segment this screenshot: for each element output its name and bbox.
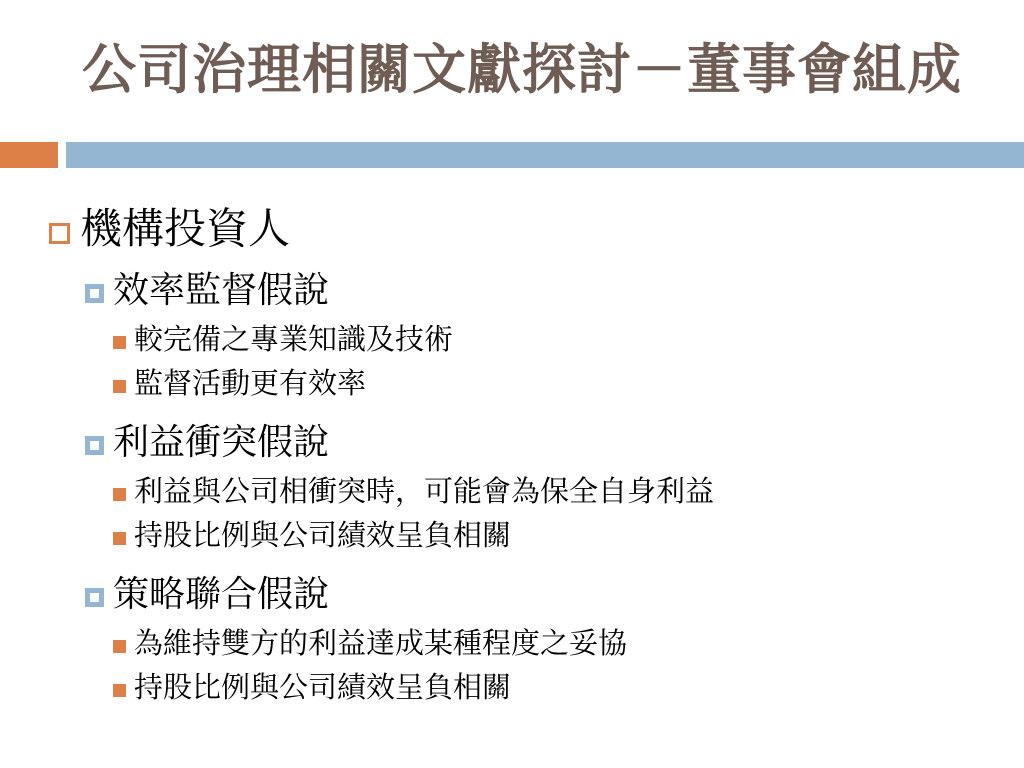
bullet-item-level2: 策略聯合假說 <box>85 571 1010 617</box>
hollow-orange-square-bullet-icon <box>49 223 70 244</box>
bullet-item-text: 策略聯合假說 <box>113 571 329 617</box>
bullet-item-text: 持股比例與公司績效呈負相關 <box>134 517 511 555</box>
bullet-item-level1: 機構投資人 <box>49 203 1010 255</box>
bullet-item-text: 持股比例與公司績效呈負相關 <box>134 669 511 707</box>
orange-square-bullet-icon <box>113 640 126 653</box>
bullet-item-text: 為維持雙方的利益達成某種程度之妥協 <box>134 625 627 663</box>
orange-square-bullet-icon <box>113 380 126 393</box>
bullet-item-text: 利益衝突假說 <box>113 419 329 465</box>
bullet-item-level2: 效率監督假說 <box>85 267 1010 313</box>
bullet-item-level3: 較完備之專業知識及技術 <box>113 321 1010 359</box>
bullet-item-level3: 持股比例與公司績效呈負相關 <box>113 517 1010 555</box>
divider-orange-block <box>0 142 58 168</box>
bullet-item-text: 監督活動更有效率 <box>134 365 366 403</box>
title-divider <box>0 142 1024 168</box>
divider-blue-bar <box>66 142 1024 168</box>
presentation-slide: 公司治理相關文獻探討－董事會組成 機構投資人 效率監督假說 較完備之專業知識及技… <box>0 0 1024 768</box>
bullet-item-text: 效率監督假說 <box>113 267 329 313</box>
bullet-item-level3: 為維持雙方的利益達成某種程度之妥協 <box>113 625 1010 663</box>
bullet-item-level3: 持股比例與公司績效呈負相關 <box>113 669 1010 707</box>
bullet-list: 機構投資人 效率監督假說 較完備之專業知識及技術 監督活動更有效率 利益衝突假說… <box>0 203 1010 707</box>
blue-square-bullet-icon <box>85 284 104 303</box>
orange-square-bullet-icon <box>113 532 126 545</box>
bullet-item-level2: 利益衝突假說 <box>85 419 1010 465</box>
bullet-item-text: 較完備之專業知識及技術 <box>134 321 453 359</box>
bullet-item-text: 利益與公司相衝突時，可能會為保全自身利益 <box>134 473 714 511</box>
orange-square-bullet-icon <box>113 336 126 349</box>
bullet-item-text: 機構投資人 <box>80 203 290 255</box>
orange-square-bullet-icon <box>113 488 126 501</box>
bullet-item-level3: 監督活動更有效率 <box>113 365 1010 403</box>
orange-square-bullet-icon <box>113 684 126 697</box>
bullet-item-level3: 利益與公司相衝突時，可能會為保全自身利益 <box>113 473 1010 511</box>
blue-square-bullet-icon <box>85 588 104 607</box>
blue-square-bullet-icon <box>85 436 104 455</box>
slide-title: 公司治理相關文獻探討－董事會組成 <box>82 38 1012 103</box>
